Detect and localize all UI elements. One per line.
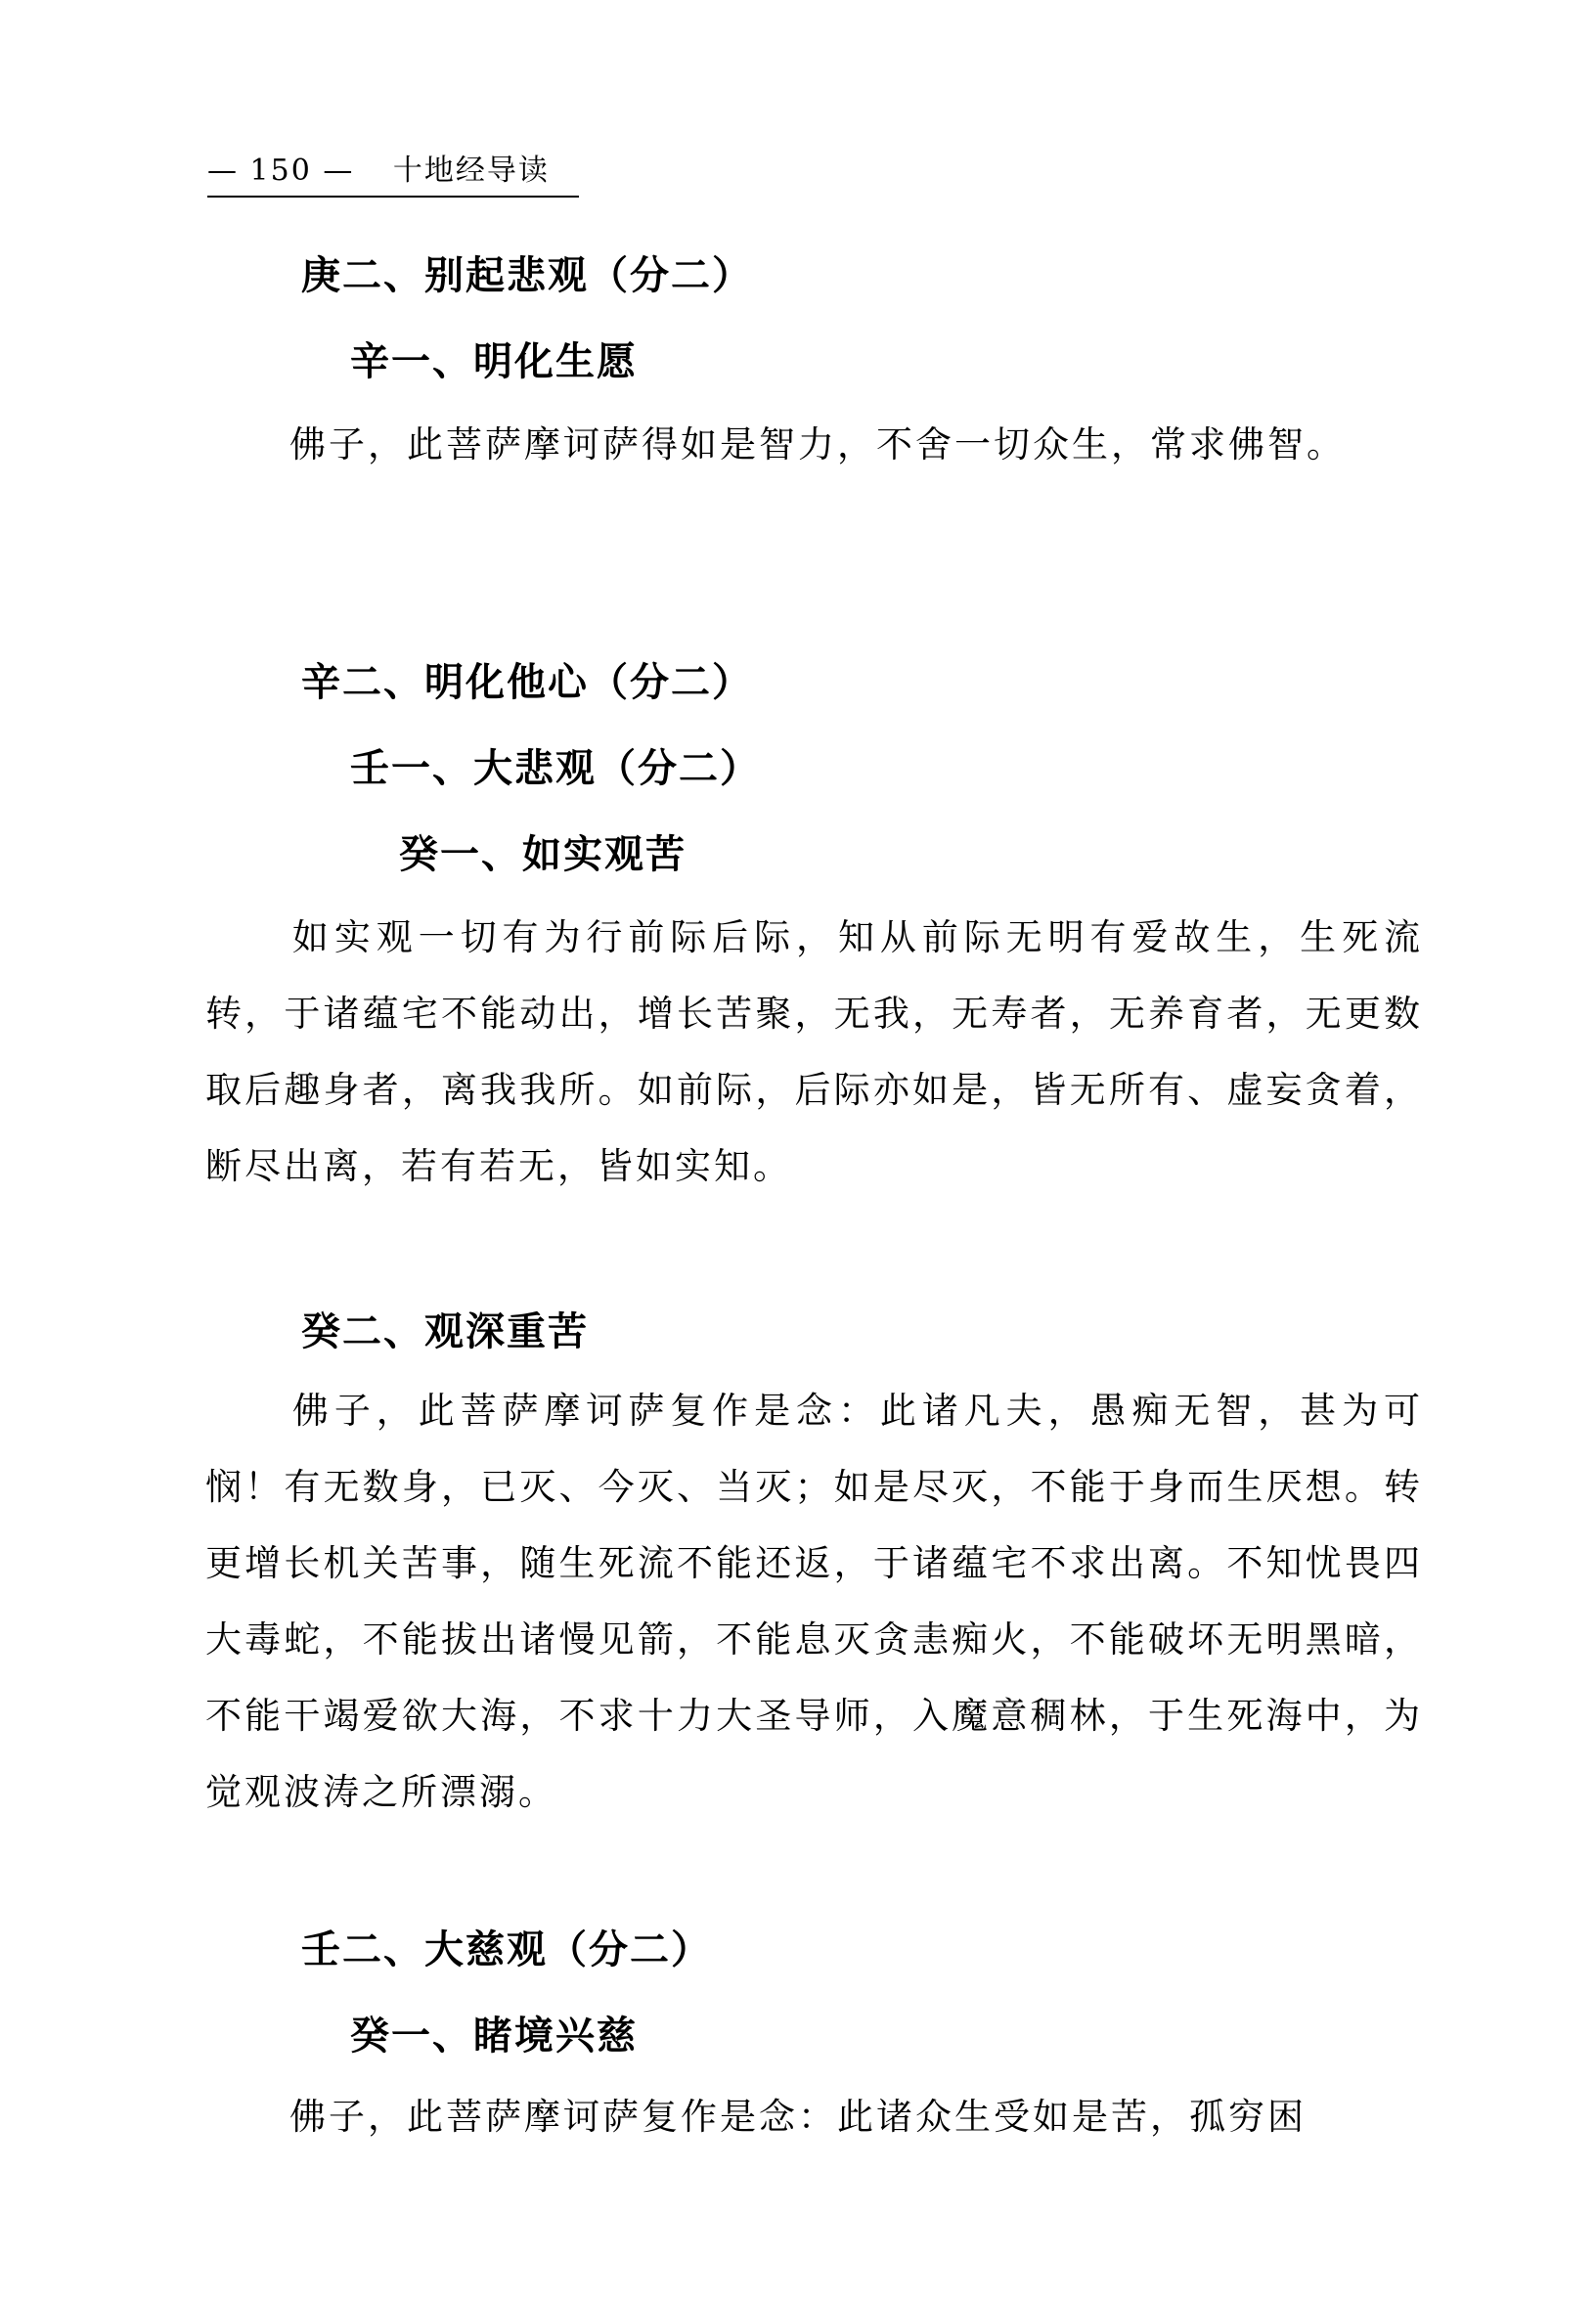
heading-geng-2: 庚二、别起悲观（分二） (301, 252, 753, 299)
paragraph-4: 佛子，此菩萨摩诃萨复作是念：此诸众生受如是苦，孤穷困 (205, 2079, 1423, 2155)
heading-xin-1: 辛一、明化生愿 (350, 338, 638, 385)
heading-gui-1b: 癸一、睹境兴慈 (350, 2013, 638, 2059)
paragraph-2: 如实观一切有为行前际后际，知从前际无明有爱故生，生死流转，于诸蕴宅不能动出，增长… (205, 900, 1423, 1205)
paragraph-3: 佛子，此菩萨摩诃萨复作是念：此诸凡夫，愚痴无智，甚为可悯！有无数身，已灭、今灭、… (205, 1373, 1423, 1831)
book-title: 十地经导读 (393, 154, 550, 188)
heading-gui-2: 癸二、观深重苦 (301, 1308, 589, 1355)
heading-gui-1: 癸一、如实观苦 (399, 831, 687, 878)
heading-ren-1: 壬一、大悲观（分二） (350, 745, 761, 792)
heading-ren-2: 壬二、大慈观（分二） (301, 1927, 712, 1973)
heading-xin-2: 辛二、明化他心（分二） (301, 659, 753, 706)
running-header: — 150 — 十地经导读 (207, 155, 579, 198)
paragraph-1: 佛子，此菩萨摩诃萨得如是智力，不舍一切众生，常求佛智。 (205, 407, 1423, 483)
page-number: — 150 — (207, 154, 354, 188)
